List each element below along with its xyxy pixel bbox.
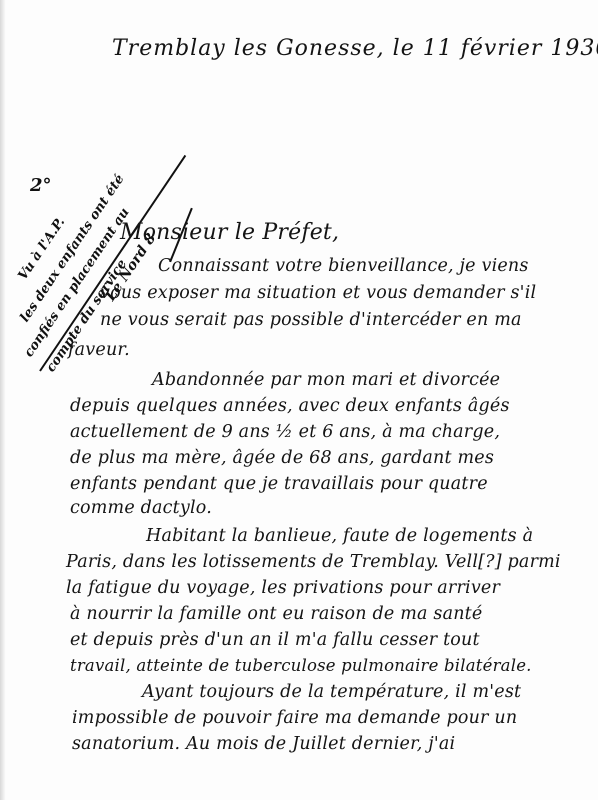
body-line: actuellement de 9 ans ½ et 6 ans, à ma c… [70,424,500,442]
scanned-letter-page: Tremblay les Gonesse, le 11 février 1930… [0,0,598,800]
body-line: ne vous serait pas possible d'intercéder… [100,312,522,330]
body-line: de plus ma mère, âgée de 68 ans, gardant… [70,450,494,468]
body-line: Ayant toujours de la température, il m'e… [142,684,521,702]
body-line: impossible de pouvoir faire ma demande p… [72,710,517,728]
body-line: Habitant la banlieue, faute de logements… [146,528,533,546]
body-line: comme dactylo. [70,500,212,518]
salutation: Monsieur le Préfet, [120,222,339,244]
body-line: la fatigue du voyage, les privations pou… [66,580,500,598]
body-line: travail, atteinte de tuberculose pulmona… [70,658,532,675]
body-line: Abandonnée par mon mari et divorcée [152,372,500,390]
body-line: Paris, dans les lotissements de Tremblay… [66,554,561,572]
letter-heading-place-date: Tremblay les Gonesse, le 11 février 1930 [112,38,598,60]
body-line: depuis quelques années, avec deux enfant… [70,398,510,416]
scan-edge-shadow [0,0,6,800]
body-line: à nourrir la famille ont eu raison de ma… [70,606,482,624]
body-line: et depuis près d'un an il m'a fallu cess… [70,632,480,650]
body-line: vous exposer ma situation et vous demand… [100,285,536,303]
body-line: sanatorium. Au mois de Juillet dernier, … [72,736,455,754]
body-line: Connaissant votre bienveillance, je vien… [158,258,529,276]
body-line: faveur. [68,342,130,360]
margin-note-number: 2° [30,175,52,196]
body-line: enfants pendant que je travaillais pour … [70,476,488,494]
